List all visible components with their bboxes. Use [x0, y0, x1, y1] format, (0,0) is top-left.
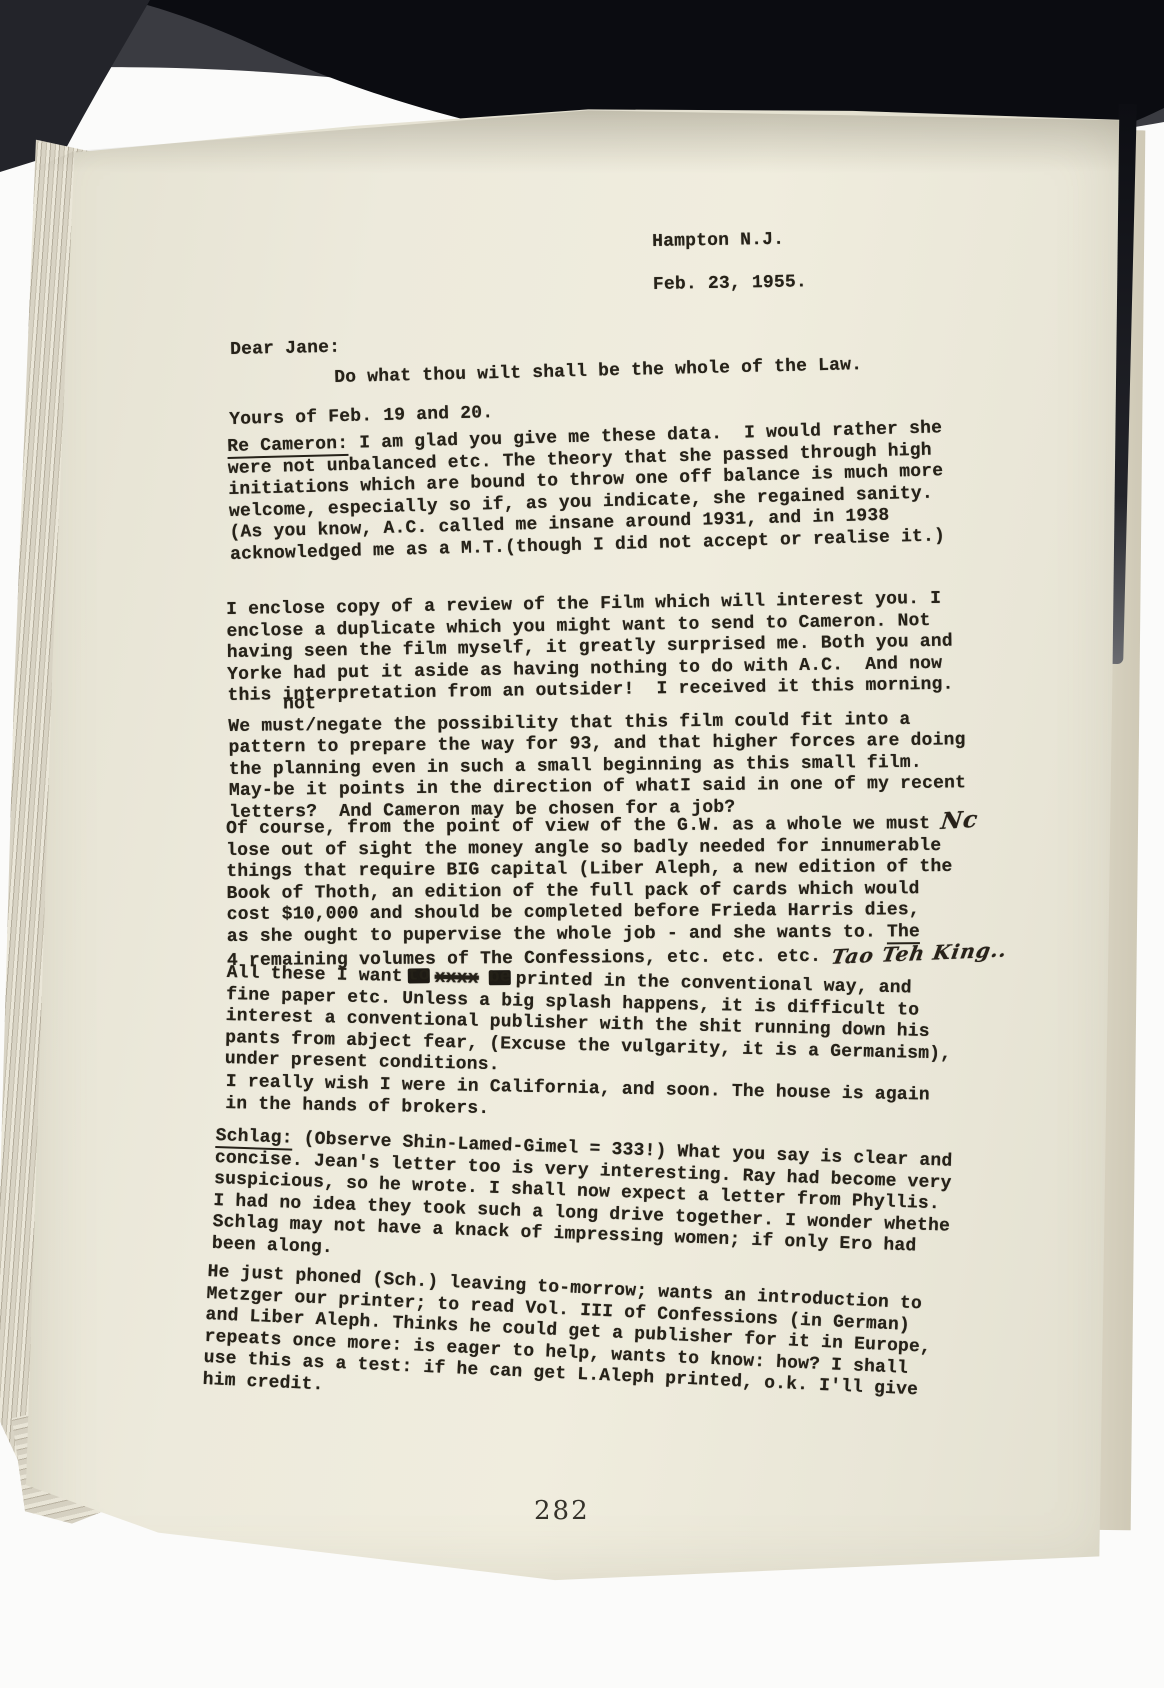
inked-out-word-2: be: [489, 970, 511, 985]
letter-salutation: Dear Jane:: [230, 338, 340, 362]
letter-date: Feb. 23, 1955.: [653, 272, 807, 295]
handwritten-annotation-no: Nc: [940, 809, 980, 833]
paragraph-printing: All these I wanttoxxxxbeprinted in the c…: [225, 962, 953, 1087]
handwritten-annotation-tao-teh-king: Tao Teh King..: [830, 939, 1009, 968]
page-number: 282: [534, 1496, 590, 1526]
letter-place: Hampton N.J.: [652, 230, 784, 252]
printing-part1: All these I want: [227, 963, 403, 987]
inked-out-word: to: [408, 968, 430, 983]
paragraph-negate: not We must/negate the possibility that …: [228, 687, 966, 824]
letter-heading-place-date: Hampton N.J.Feb. 23, 1955.: [652, 229, 807, 296]
paragraph-schlag: Schlag: (Observe Shin-Lamed-Gimel = 333!…: [211, 1126, 952, 1281]
schlag-body: (Observe Shin-Lamed-Gimel = 333!) What y…: [212, 1129, 953, 1258]
paragraph-cameron: Re Cameron: I am glad you give me these …: [227, 418, 945, 566]
paragraph-money: Of course, from the point of view of the…: [226, 810, 1007, 973]
struck-out-xxxx: xxxx: [434, 968, 478, 990]
